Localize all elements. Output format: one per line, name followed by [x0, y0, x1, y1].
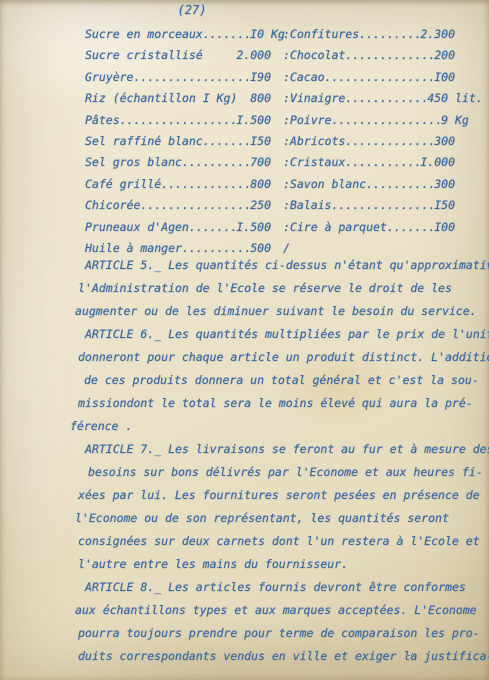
item-value: I50	[434, 195, 455, 216]
article-line: ARTICLE 7._ Les livraisons se feront au …	[85, 438, 489, 461]
article-line: pourra toujours prendre pour terme de co…	[78, 622, 489, 645]
item-label: :Chocolat	[283, 45, 345, 66]
dot-leader: ........................................…	[345, 152, 420, 173]
item-value: 800	[250, 88, 271, 109]
dot-leader: ........................................…	[366, 174, 434, 195]
dot-leader	[237, 88, 250, 109]
item-value: 300	[434, 174, 455, 195]
article-line: l'autre entre les mains du fournisseur.	[78, 553, 489, 576]
table-cell-right: :Confitures.............................…	[283, 24, 455, 45]
dot-leader: ........................................…	[161, 174, 250, 195]
article-line: ARTICLE 6._ Les quantités multipliées pa…	[85, 323, 489, 346]
item-value: I0	[250, 24, 264, 45]
supplies-table: Sucre en morceaux.......................…	[85, 24, 483, 259]
article-line: l'Administration de l'Ecole se réserve l…	[78, 277, 489, 300]
table-cell-left: Riz (échantillon I Kg)800	[85, 88, 271, 109]
table-cell-right: :Poivre.................................…	[283, 110, 455, 131]
item-label: Café grillé	[85, 174, 161, 195]
item-label: Pruneaux d'Agen	[85, 217, 189, 238]
dot-leader: ........................................…	[189, 217, 237, 238]
dot-leader: ........................................…	[331, 195, 434, 216]
table-cell-right: :Cire à parquet.........................…	[283, 217, 455, 238]
dot-leader: ........................................…	[325, 67, 435, 88]
item-label: :Cristaux	[283, 152, 345, 173]
item-label: :Savon blanc	[283, 174, 366, 195]
table-row: Sucre cristallisé2.000:Chocolat.........…	[85, 45, 483, 66]
item-value: 800	[250, 174, 271, 195]
table-cell-left: Sel gros blanc..........................…	[85, 152, 271, 173]
article-line: de ces produits donnera un total général…	[84, 369, 489, 392]
article-line: consignées sur deux carnets dont l'un re…	[78, 530, 489, 553]
dot-leader: ........................................…	[345, 45, 434, 66]
table-cell-right: :Abricots...............................…	[283, 131, 455, 152]
article-line: xées par lui. Les fournitures seront pes…	[78, 484, 489, 507]
table-cell-right: :Savon blanc............................…	[283, 174, 455, 195]
dot-leader: ........................................…	[345, 131, 434, 152]
table-row: Pâtes...................................…	[85, 110, 483, 131]
article-line: l'Econome ou de son représentant, les qu…	[75, 507, 489, 530]
article-line: ARTICLE 5._ Les quantités ci-dessus n'ét…	[85, 254, 489, 277]
dot-leader: ........................................…	[387, 217, 434, 238]
table-row: Sel gros blanc..........................…	[85, 152, 483, 173]
item-value: 2.000	[236, 45, 271, 66]
dot-leader: ........................................…	[203, 24, 250, 45]
item-value: I90	[250, 67, 271, 88]
dot-leader: ........................................…	[359, 24, 420, 45]
item-label: Sucre cristallisé	[85, 45, 203, 66]
article-line: augmenter ou de les diminuer suivant le …	[75, 300, 489, 323]
article-line: férence .	[70, 415, 489, 438]
ink-speck	[408, 655, 416, 660]
item-label: Sel raffiné blanc	[85, 131, 203, 152]
dot-leader: ........................................…	[133, 67, 250, 88]
item-value: 450	[427, 88, 448, 109]
article-line: duits correspondants vendus en ville et …	[78, 645, 489, 668]
item-value: I.500	[236, 217, 271, 238]
item-label: Pâtes	[85, 110, 120, 131]
item-label: :Poivre	[283, 110, 331, 131]
table-cell-right: :Cristaux...............................…	[283, 152, 455, 173]
item-value: I.000	[420, 152, 455, 173]
page-number: (27)	[155, 3, 229, 17]
item-label: :Cacao	[283, 67, 325, 88]
item-value: I00	[434, 67, 455, 88]
article-line: aux échantillons types et aux marques ac…	[75, 599, 489, 622]
item-value: I.500	[236, 110, 271, 131]
table-cell-right: :Cacao..................................…	[283, 67, 455, 88]
dot-leader: ........................................…	[203, 131, 251, 152]
articles-text: ARTICLE 5._ Les quantités ci-dessus n'ét…	[78, 254, 489, 668]
dot-leader	[203, 45, 237, 66]
table-cell-right: :Chocolat...............................…	[283, 45, 455, 66]
item-value: 200	[434, 45, 455, 66]
article-line: besoins sur bons délivrés par l'Econome …	[88, 461, 489, 484]
item-value: 700	[250, 152, 271, 173]
table-cell-left: Sel raffiné blanc.......................…	[85, 131, 271, 152]
item-label: :Balais	[283, 195, 331, 216]
table-row: Chicorée................................…	[85, 195, 483, 216]
document-page: (27) Sucre en morceaux..................…	[0, 0, 489, 680]
article-line: missiondont le total sera le moins élevé…	[78, 392, 489, 415]
item-value: 9	[441, 110, 448, 131]
item-value: I00	[434, 217, 455, 238]
dot-leader: ........................................…	[331, 110, 441, 131]
item-label: :Confitures	[283, 24, 359, 45]
item-label: :Abricots	[283, 131, 345, 152]
item-value: 2.300	[420, 24, 455, 45]
table-row: Riz (échantillon I Kg)800:Vinaigre......…	[85, 88, 483, 109]
item-value: 250	[250, 195, 271, 216]
table-row: Café grillé.............................…	[85, 174, 483, 195]
item-label: :Cire à parquet	[283, 217, 387, 238]
table-cell-left: Sucre cristallisé2.000	[85, 45, 271, 66]
table-cell-left: Gruyère.................................…	[85, 67, 271, 88]
table-row: Pruneaux d'Agen.........................…	[85, 217, 483, 238]
item-label: Gruyère	[85, 67, 133, 88]
table-cell-left: Sucre en morceaux.......................…	[85, 24, 271, 45]
dot-leader: ........................................…	[182, 152, 250, 173]
item-label: Sel gros blanc	[85, 152, 182, 173]
table-cell-right: :Vinaigre...............................…	[283, 88, 455, 109]
table-cell-left: Chicorée................................…	[85, 195, 271, 216]
table-row: Gruyère.................................…	[85, 67, 483, 88]
item-label: :Vinaigre	[283, 88, 345, 109]
item-value: 300	[434, 131, 455, 152]
table-cell-left: Café grillé.............................…	[85, 174, 271, 195]
item-label: Sucre en morceaux	[85, 24, 203, 45]
dot-leader: ........................................…	[140, 195, 250, 216]
item-label: Chicorée	[85, 195, 140, 216]
item-value: I50	[250, 131, 271, 152]
dot-leader: ........................................…	[120, 110, 237, 131]
dot-leader: ........................................…	[345, 88, 427, 109]
table-cell-left: Pâtes...................................…	[85, 110, 271, 131]
article-line: ARTICLE 8._ Les articles fournis devront…	[85, 576, 489, 599]
article-line: donneront pour chaque article un produit…	[78, 346, 489, 369]
table-cell-right: :Balais.................................…	[283, 195, 455, 216]
item-label: Riz (échantillon I Kg)	[85, 88, 237, 109]
table-row: Sel raffiné blanc.......................…	[85, 131, 483, 152]
table-row: Sucre en morceaux.......................…	[85, 24, 483, 45]
table-cell-left: Pruneaux d'Agen.........................…	[85, 217, 271, 238]
